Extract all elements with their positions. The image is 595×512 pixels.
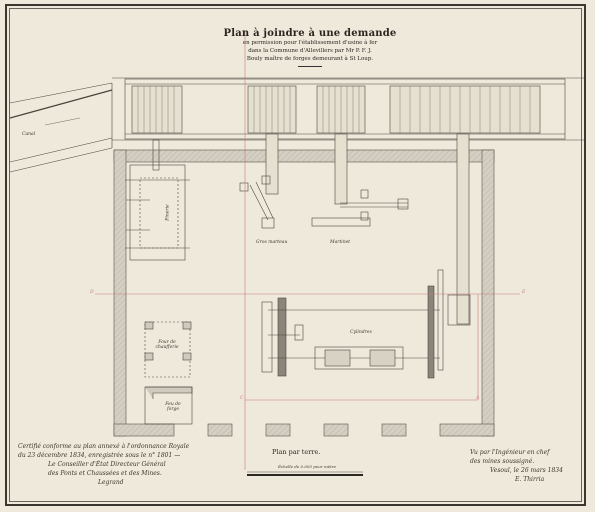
section-marker-e: E [522,290,525,295]
annotation-right: Vu par l'Ingénieur en chef des mines sou… [470,448,585,484]
floor-plan-drawing [0,0,595,512]
annotation-left-line-1: Certifié conforme au plan annexé à l'ord… [18,442,218,451]
annotation-right-line-2: des mines soussigné. [470,457,585,466]
label-cylindres: Cylindres [350,330,372,335]
title-block: Plan à joindre à une demande en permissi… [215,28,405,67]
title-line-2: dans la Commune d'Allevillers par Mr P. … [215,47,405,55]
title-rule [298,66,322,67]
label-finerie: Finerie [166,204,171,220]
annotation-left-line-2: du 23 décembre 1834, enregistrée sous le… [18,451,218,460]
annotation-left-line-3: Le Conseiller d'État Directeur Général [18,460,218,469]
scale-bar [247,472,363,475]
plan-caption: Plan par terre. [272,448,320,456]
annotation-left-line-4: des Ponts et Chaussées et des Mines. [18,469,218,478]
title-line-1: en permission pour l'établissement d'usi… [215,39,405,47]
title-main: Plan à joindre à une demande [215,28,405,39]
signature-right: E. Thirria [470,475,585,484]
drawing-sheet: Plan à joindre à une demande en permissi… [0,0,595,512]
label-martinet: Martinet [330,240,350,245]
scale-label: Échelle de 0.005 pour mètre [278,464,336,469]
signature-left: Legrand [18,478,218,487]
label-canal: Canal [22,132,35,137]
annotation-right-line-1: Vu par l'Ingénieur en chef [470,448,585,457]
water-wheels [132,86,540,133]
annotation-right-line-3: Vesoul, le 26 mars 1834 [470,466,585,475]
label-gros-marteau: Gros marteau [256,240,287,245]
wheel-shafts [266,134,469,324]
martinet [312,190,408,226]
label-four-chaufferie: Four de chaufferie [152,340,182,350]
section-marker-c: C [240,396,243,401]
title-line-3: Bouly maître de forges demeurant à St Lo… [215,55,405,63]
annotation-left: Certifié conforme au plan annexé à l'ord… [18,442,218,487]
section-marker-d: D [90,290,94,295]
rolling-mill [262,270,470,378]
canal [10,83,112,172]
section-marker-a: A [476,396,479,401]
label-feu-forge: Feu de forge [160,402,186,412]
